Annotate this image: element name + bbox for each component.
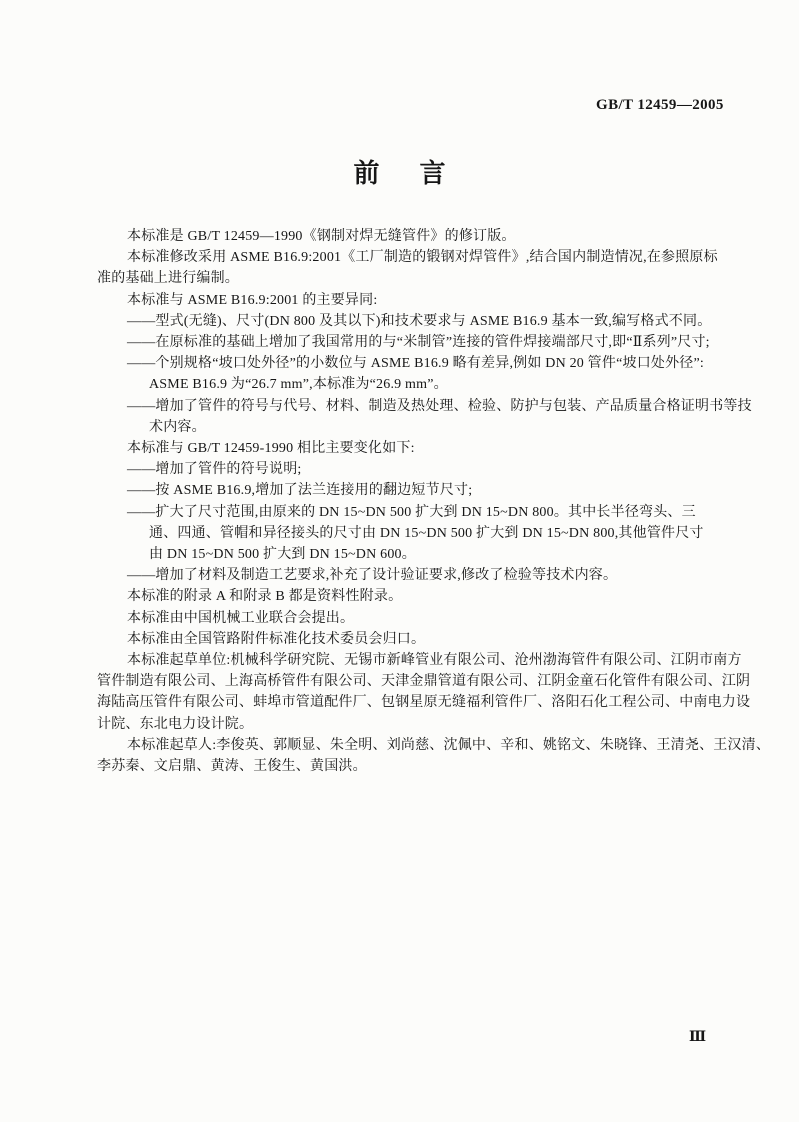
foreword-line: ——型式(无缝)、尺寸(DN 800 及其以下)和技术要求与 ASME B16.…: [97, 311, 757, 332]
foreword-line: 术内容。: [97, 417, 757, 438]
foreword-line: 本标准由中国机械工业联合会提出。: [97, 608, 757, 629]
page-title: 前言: [0, 158, 799, 190]
foreword-line: 由 DN 15~DN 500 扩大到 DN 15~DN 600。: [97, 544, 757, 565]
foreword-line: 本标准与 GB/T 12459-1990 相比主要变化如下:: [97, 438, 757, 459]
foreword-line: ASME B16.9 为“26.7 mm”,本标准为“26.9 mm”。: [97, 374, 757, 395]
foreword-line: 本标准与 ASME B16.9:2001 的主要异同:: [97, 290, 757, 311]
foreword-line: 本标准由全国管路附件标准化技术委员会归口。: [97, 629, 757, 650]
foreword-line: 本标准是 GB/T 12459—1990《钢制对焊无缝管件》的修订版。: [97, 226, 757, 247]
foreword-line: 准的基础上进行编制。: [97, 268, 757, 289]
foreword-line: ——增加了管件的符号说明;: [97, 459, 757, 480]
foreword-line: 海陆高压管件有限公司、蚌埠市管道配件厂、包钢星原无缝福利管件厂、洛阳石化工程公司…: [97, 692, 757, 713]
foreword-line: ——扩大了尺寸范围,由原来的 DN 15~DN 500 扩大到 DN 15~DN…: [97, 502, 757, 523]
foreword-line: ——在原标准的基础上增加了我国常用的与“米制管”连接的管件焊接端部尺寸,即“Ⅱ系…: [97, 332, 757, 353]
foreword-line: ——按 ASME B16.9,增加了法兰连接用的翻边短节尺寸;: [97, 480, 757, 501]
page-number: Ⅲ: [689, 1029, 706, 1046]
foreword-line: 本标准修改采用 ASME B16.9:2001《工厂制造的锻钢对焊管件》,结合国…: [97, 247, 757, 268]
foreword-line: 计院、东北电力设计院。: [97, 714, 757, 735]
foreword-line: 本标准起草人:李俊英、郭顺显、朱全明、刘尚慈、沈佩中、辛和、姚铭文、朱晓锋、王清…: [97, 735, 757, 756]
foreword-body: 本标准是 GB/T 12459—1990《钢制对焊无缝管件》的修订版。本标准修改…: [97, 226, 757, 777]
foreword-line: 李苏秦、文启鼎、黄涛、王俊生、黄国洪。: [97, 756, 757, 777]
foreword-line: 本标准的附录 A 和附录 B 都是资料性附录。: [97, 586, 757, 607]
foreword-line: ——增加了材料及制造工艺要求,补充了设计验证要求,修改了检验等技术内容。: [97, 565, 757, 586]
foreword-line: 管件制造有限公司、上海高桥管件有限公司、天津金鼎管道有限公司、江阴金童石化管件有…: [97, 671, 757, 692]
foreword-line: ——个别规格“坡口处外径”的小数位与 ASME B16.9 略有差异,例如 DN…: [97, 353, 757, 374]
standard-code: GB/T 12459—2005: [596, 97, 724, 114]
foreword-line: ——增加了管件的符号与代号、材料、制造及热处理、检验、防护与包装、产品质量合格证…: [97, 396, 757, 417]
document-page: GB/T 12459—2005 前言 本标准是 GB/T 12459—1990《…: [0, 0, 799, 1122]
foreword-line: 本标准起草单位:机械科学研究院、无锡市新峰管业有限公司、沧州渤海管件有限公司、江…: [97, 650, 757, 671]
foreword-line: 通、四通、管帽和异径接头的尺寸由 DN 15~DN 500 扩大到 DN 15~…: [97, 523, 757, 544]
